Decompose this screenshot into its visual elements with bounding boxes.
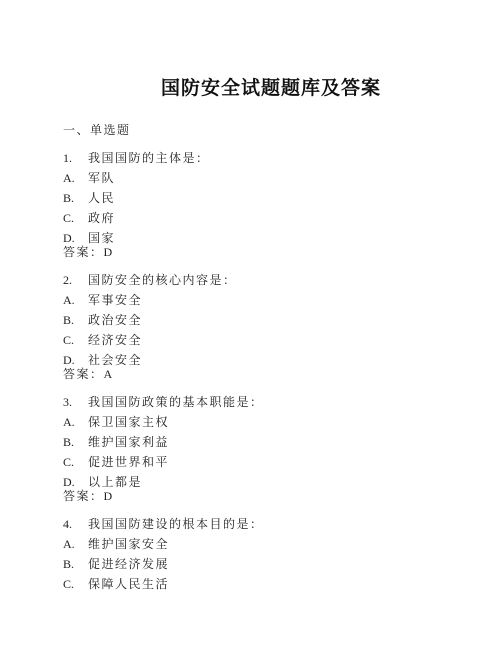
question-text: 我国国防建设的根本目的是： (88, 517, 264, 531)
option-text: 军队 (88, 171, 115, 185)
option-text: 促进世界和平 (88, 455, 169, 469)
document-title: 国防安全试题题库及答案 (40, 76, 502, 102)
question-number: 3. (63, 392, 88, 412)
option-label: B. (63, 310, 88, 330)
option-label: A. (63, 290, 88, 310)
option-a: A.维护国家安全 (63, 534, 462, 554)
question-number: 1. (63, 148, 88, 168)
answer-value: D (104, 245, 114, 259)
answer-value: D (104, 489, 114, 503)
option-b: B.维护国家利益 (63, 432, 462, 452)
option-b: B.政治安全 (63, 310, 462, 330)
question-block-4: 4.我国国防建设的根本目的是： A.维护国家安全 B.促进经济发展 C.保障人民… (63, 514, 462, 594)
option-text: 保卫国家主权 (88, 415, 169, 429)
option-text: 维护国家利益 (88, 435, 169, 449)
option-text: 维护国家安全 (88, 537, 169, 551)
option-label: C. (63, 208, 88, 228)
question-block-3: 3.我国国防政策的基本职能是： A.保卫国家主权 B.维护国家利益 C.促进世界… (63, 392, 462, 506)
option-a: A.保卫国家主权 (63, 412, 462, 432)
option-c: C.政府 (63, 208, 462, 228)
section-heading: 一、单选题 (63, 120, 462, 140)
option-label: A. (63, 534, 88, 554)
option-text: 经济安全 (88, 333, 142, 347)
answer-label: 答案： (63, 489, 104, 503)
option-text: 政府 (88, 211, 115, 225)
question-line: 1.我国国防的主体是： (63, 148, 462, 168)
option-label: B. (63, 188, 88, 208)
question-text: 我国国防的主体是： (88, 151, 210, 165)
option-c: C.经济安全 (63, 330, 462, 350)
option-c: C.保障人民生活 (63, 574, 462, 594)
option-b: B.人民 (63, 188, 462, 208)
question-number: 2. (63, 270, 88, 290)
option-text: 政治安全 (88, 313, 142, 327)
answer-label: 答案： (63, 367, 104, 381)
option-label: C. (63, 330, 88, 350)
question-block-1: 1.我国国防的主体是： A.军队 B.人民 C.政府 D.国家 答案：D (63, 148, 462, 262)
option-a: A.军事安全 (63, 290, 462, 310)
option-label: A. (63, 412, 88, 432)
option-label: B. (63, 432, 88, 452)
option-text: 人民 (88, 191, 115, 205)
question-line: 3.我国国防政策的基本职能是： (63, 392, 462, 412)
option-b: B.促进经济发展 (63, 554, 462, 574)
answer-value: A (104, 367, 114, 381)
option-text: 军事安全 (88, 293, 142, 307)
question-text: 国防安全的核心内容是： (88, 273, 237, 287)
answer-label: 答案： (63, 245, 104, 259)
question-text: 我国国防政策的基本职能是： (88, 395, 264, 409)
question-number: 4. (63, 514, 88, 534)
document-page: 国防安全试题题库及答案 一、单选题 1.我国国防的主体是： A.军队 B.人民 … (0, 0, 502, 649)
option-label: B. (63, 554, 88, 574)
option-a: A.军队 (63, 168, 462, 188)
answer-line: 答案：D (63, 242, 462, 262)
option-text: 促进经济发展 (88, 557, 169, 571)
option-text: 保障人民生活 (88, 577, 169, 591)
option-label: A. (63, 168, 88, 188)
option-label: C. (63, 452, 88, 472)
question-block-2: 2.国防安全的核心内容是： A.军事安全 B.政治安全 C.经济安全 D.社会安… (63, 270, 462, 384)
option-label: C. (63, 574, 88, 594)
question-line: 2.国防安全的核心内容是： (63, 270, 462, 290)
option-c: C.促进世界和平 (63, 452, 462, 472)
question-line: 4.我国国防建设的根本目的是： (63, 514, 462, 534)
